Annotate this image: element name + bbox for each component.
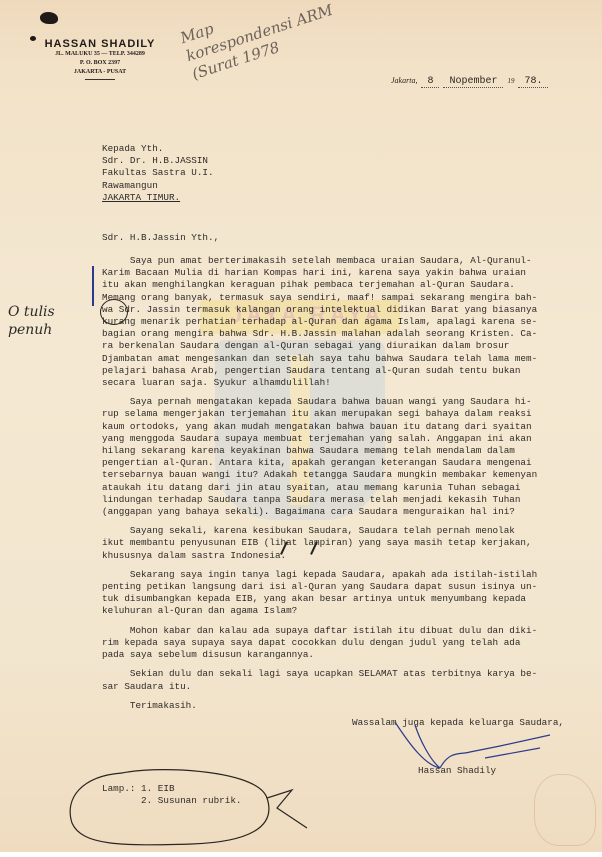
date-month: Nopember: [443, 76, 503, 88]
text-line: lindungan terhadap Saudara tanpa Saudara…: [102, 494, 572, 506]
text-line: penting petikan langsung dari isi al-Qur…: [102, 581, 572, 593]
text-line: kurang menarik perhatian terhadap al-Qur…: [102, 316, 572, 328]
text-line: bagian orang mengira bahwa Sdr. H.B.Jass…: [102, 328, 572, 340]
letterhead-name: HASSAN SHADILY: [40, 38, 160, 50]
handwritten-margin-note: O tulis penuh: [8, 303, 55, 339]
paragraph: Saya pernah mengatakan kepada Saudara ba…: [102, 396, 572, 518]
text-line: (anggapan yang bahaya sekali). Bagaimana…: [102, 506, 572, 518]
date-day: 8: [421, 76, 439, 88]
text-line: pengertian al-Quran. Antara kita, apakah…: [102, 457, 572, 469]
text-line: Terimakasih.: [102, 700, 572, 712]
text-line: keluhuran al-Quran dan agama Islam?: [102, 605, 572, 617]
text-line: rup selama mengerjakan terjemahan itu ak…: [102, 408, 572, 420]
date-year-prefix: 19: [507, 77, 514, 85]
signer-name: Hassan Shadily: [418, 765, 496, 776]
paper-hole: [30, 36, 36, 41]
text-line: Sekarang saya ingin tanya lagi kepada Sa…: [102, 569, 572, 581]
text-line: hilang sekarang karena keyakinan bahwa S…: [102, 445, 572, 457]
date-year: 78.: [518, 76, 548, 88]
pencil-annotation: Map korespondensi ARM (Surat 1978: [178, 0, 341, 84]
margin-note-line: penuh: [8, 321, 55, 339]
paper-hole: [40, 12, 58, 24]
handwritten-bubble: [62, 768, 312, 852]
text-line: Mohon kabar dan kalau ada supaya daftar …: [102, 625, 572, 637]
text-line: khususnya dalam sastra Indonesia.: [102, 550, 572, 562]
text-line: Saya pernah mengatakan kepada Saudara ba…: [102, 396, 572, 408]
text-line: Djambatan amat mengesankan dan setelah s…: [102, 353, 572, 365]
letter-body: Saya pun amat berterimakasih setelah mem…: [102, 255, 572, 719]
letterhead-rule: [85, 79, 115, 80]
text-line: tersebarnya bauan wangi itu? Adakah teta…: [102, 469, 572, 481]
text-line: Saya pun amat berterimakasih setelah mem…: [102, 255, 572, 267]
address-line: Sdr. Dr. H.B.JASSIN: [102, 155, 214, 167]
paragraph: Terimakasih.: [102, 700, 572, 712]
text-line: Memang orang banyak, termasuk saya sendi…: [102, 292, 572, 304]
margin-note-line: O tulis: [8, 303, 55, 321]
text-line: itu akan menghilangkan keraguan pihak pe…: [102, 279, 572, 291]
text-line: secara luaran saja. Syukur alhamdulillah…: [102, 377, 572, 389]
enclosures: Lamp.: 1. EIB 2. Susunan rubrik.: [102, 783, 241, 807]
text-line: ataukah itu datang dari jin atau syaitan…: [102, 482, 572, 494]
paragraph: Sayang sekali, karena kesibukan Saudara,…: [102, 525, 572, 562]
text-line: Sayang sekali, karena kesibukan Saudara,…: [102, 525, 572, 537]
date-line: Jakarta, 8 Nopember 19 78.: [391, 76, 548, 88]
text-line: Karim Bacaan Mulia di harian Kompas hari…: [102, 267, 572, 279]
text-line: kaum ortodoks, yang akan mudah mengataka…: [102, 421, 572, 433]
paragraph: Saya pun amat berterimakasih setelah mem…: [102, 255, 572, 389]
paragraph: Sekarang saya ingin tanya lagi kepada Sa…: [102, 569, 572, 618]
address-line: JAKARTA TIMUR.: [102, 192, 214, 204]
text-line: rim kepada saya supaya saya dapat cocokk…: [102, 637, 572, 649]
letterhead-city: JAKARTA - PUSAT: [40, 68, 160, 77]
paragraph: Sekian dulu dan sekali lagi saya ucapkan…: [102, 668, 572, 692]
letter-paper: JAYA RAYA HASSAN SHADILY JL. MALUKU 35 —…: [0, 0, 602, 852]
letterhead-address: JL. MALUKU 35 — TELP. 344289: [40, 50, 160, 59]
text-line: wa Sdr. Jassin termasuk kalangan orang i…: [102, 304, 572, 316]
address-line: Fakultas Sastra U.I.: [102, 167, 214, 179]
address-line: Kepada Yth.: [102, 143, 214, 155]
date-city: Jakarta,: [391, 76, 417, 85]
text-line: yang menggoda Saudara supaya membuat ter…: [102, 433, 572, 445]
salutation: Sdr. H.B.Jassin Yth.,: [102, 232, 219, 243]
text-line: tuk disumbangkan kepada EIB, yang akan b…: [102, 593, 572, 605]
text-line: Sekian dulu dan sekali lagi saya ucapkan…: [102, 668, 572, 680]
letterhead-po-box: P. O. BOX 2397: [40, 59, 160, 68]
text-line: ikut membantu penyusunan EIB (lihat lamp…: [102, 537, 572, 549]
recipient-address: Kepada Yth. Sdr. Dr. H.B.JASSIN Fakultas…: [102, 143, 214, 204]
pen-margin-mark: [92, 266, 94, 306]
paragraph: Mohon kabar dan kalau ada supaya daftar …: [102, 625, 572, 662]
text-line: sar Saudara itu.: [102, 681, 572, 693]
letterhead: HASSAN SHADILY JL. MALUKU 35 — TELP. 344…: [40, 38, 160, 80]
text-line: pelajari bahasa Arab, pengertian Saudara…: [102, 365, 572, 377]
enclosure-item: Lamp.: 1. EIB: [102, 783, 241, 795]
address-line: Rawamangun: [102, 180, 214, 192]
text-line: ra berkenalan Saudara dengan al-Quran se…: [102, 340, 572, 352]
enclosure-item: 2. Susunan rubrik.: [102, 795, 241, 807]
text-line: pada saya sebelum disusun karangannya.: [102, 649, 572, 661]
